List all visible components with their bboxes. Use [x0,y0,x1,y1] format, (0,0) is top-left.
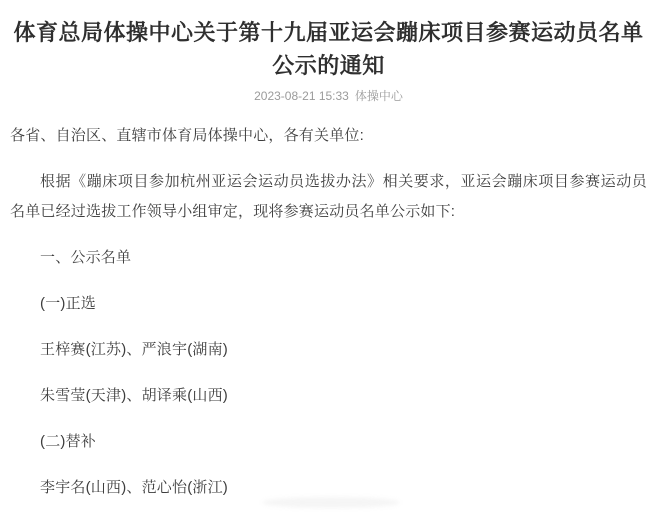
article-page: 体育总局体操中心关于第十九届亚运会蹦床项目参赛运动员名单公示的通知 2023-0… [0,0,657,528]
body-paragraph: 李宇名(山西)、范心怡(浙江) [10,473,647,503]
body-paragraph: (二)替补 [10,427,647,457]
article-meta: 2023-08-21 15:33体操中心 [0,88,657,105]
body-paragraph: 王梓赛(江苏)、严浪宇(湖南) [10,335,647,365]
article-title: 体育总局体操中心关于第十九届亚运会蹦床项目参赛运动员名单公示的通知 [8,16,649,82]
body-paragraph: 一、公示名单 [10,243,647,273]
publish-date: 2023-08-21 15:33 [254,89,349,103]
source-name: 体操中心 [355,89,403,103]
body-paragraph: 朱雪莹(天津)、胡译乘(山西) [10,381,647,411]
article-body: 各省、自治区、直辖市体育局体操中心，各有关单位:根据《蹦床项目参加杭州亚运会运动… [0,121,657,503]
body-paragraph: 根据《蹦床项目参加杭州亚运会运动员选拔办法》相关要求，亚运会蹦床项目参赛运动员名… [10,167,647,227]
body-paragraph: (一)正选 [10,289,647,319]
body-paragraph: 各省、自治区、直辖市体育局体操中心，各有关单位: [10,121,647,151]
